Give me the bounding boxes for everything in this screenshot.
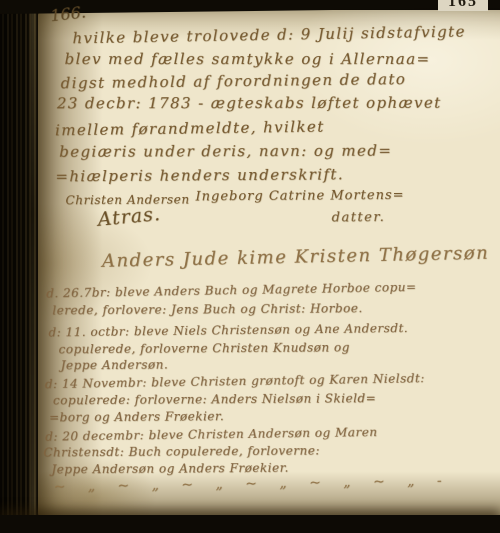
manuscript-line: 23 decbr: 1783 - ægteskabs løftet ophæve…	[57, 94, 442, 113]
entry-3-line: copulerede: forloverne: Anders Nielsøn i…	[53, 391, 376, 407]
manuscript-line: =hiælperis henders underskrift.	[55, 165, 344, 185]
entry-4-line: d: 20 decembr: bleve Christen Andersøn o…	[45, 425, 378, 444]
entry-1-line: d. 26.7br: bleve Anders Buch og Magrete …	[46, 280, 417, 300]
folio-number: 166.	[49, 2, 87, 25]
entry-2-line: Jeppe Andersøn.	[61, 358, 169, 373]
section-heading: Anders Jude kime Kristen Thøgersøn	[102, 243, 490, 272]
entry-2-line: copulerede, forloverne Christen Knudsøn …	[59, 340, 350, 356]
entry-3-line: d: 14 Novembr: bleve Christen grøntoft o…	[45, 371, 425, 391]
manuscript-line: hvilke bleve trolovede d: 9 Julij sidsta…	[72, 22, 466, 47]
signature-bride-cont: datter.	[332, 210, 386, 225]
entry-4-line: Christensdt: Buch copulerede, forloverne…	[43, 444, 320, 460]
ditto-marks-row: ~ „ ~ „ ~ „ ~ „ ~ „ ~ „ -	[53, 473, 443, 495]
manuscript-line: blev med fælles samtykke og i Allernaa=	[65, 50, 431, 68]
signature-bride: Ingeborg Catrine Mortens=	[195, 188, 404, 204]
entry-3-line: =borg og Anders Frøekier.	[49, 409, 224, 424]
entry-2-line: d: 11. octbr: bleve Niels Christensøn og…	[48, 321, 408, 339]
manuscript-line: imellem førandmeldte, hvilket	[55, 118, 325, 140]
entry-4-line: Jeppe Andersøn og Anders Frøekier.	[51, 461, 289, 477]
manuscript-line: digst medhold af forordningen de dato	[61, 70, 407, 92]
entry-1-line: lerede, forlovere: Jens Buch og Christ: …	[52, 301, 363, 317]
manuscript-line: begiæris under deris, navn: og med=	[59, 142, 392, 161]
attest-flourish: Atras.	[97, 203, 162, 231]
handwriting-layer: 166. hvilke bleve trolovede d: 9 Julij s…	[0, 0, 500, 533]
